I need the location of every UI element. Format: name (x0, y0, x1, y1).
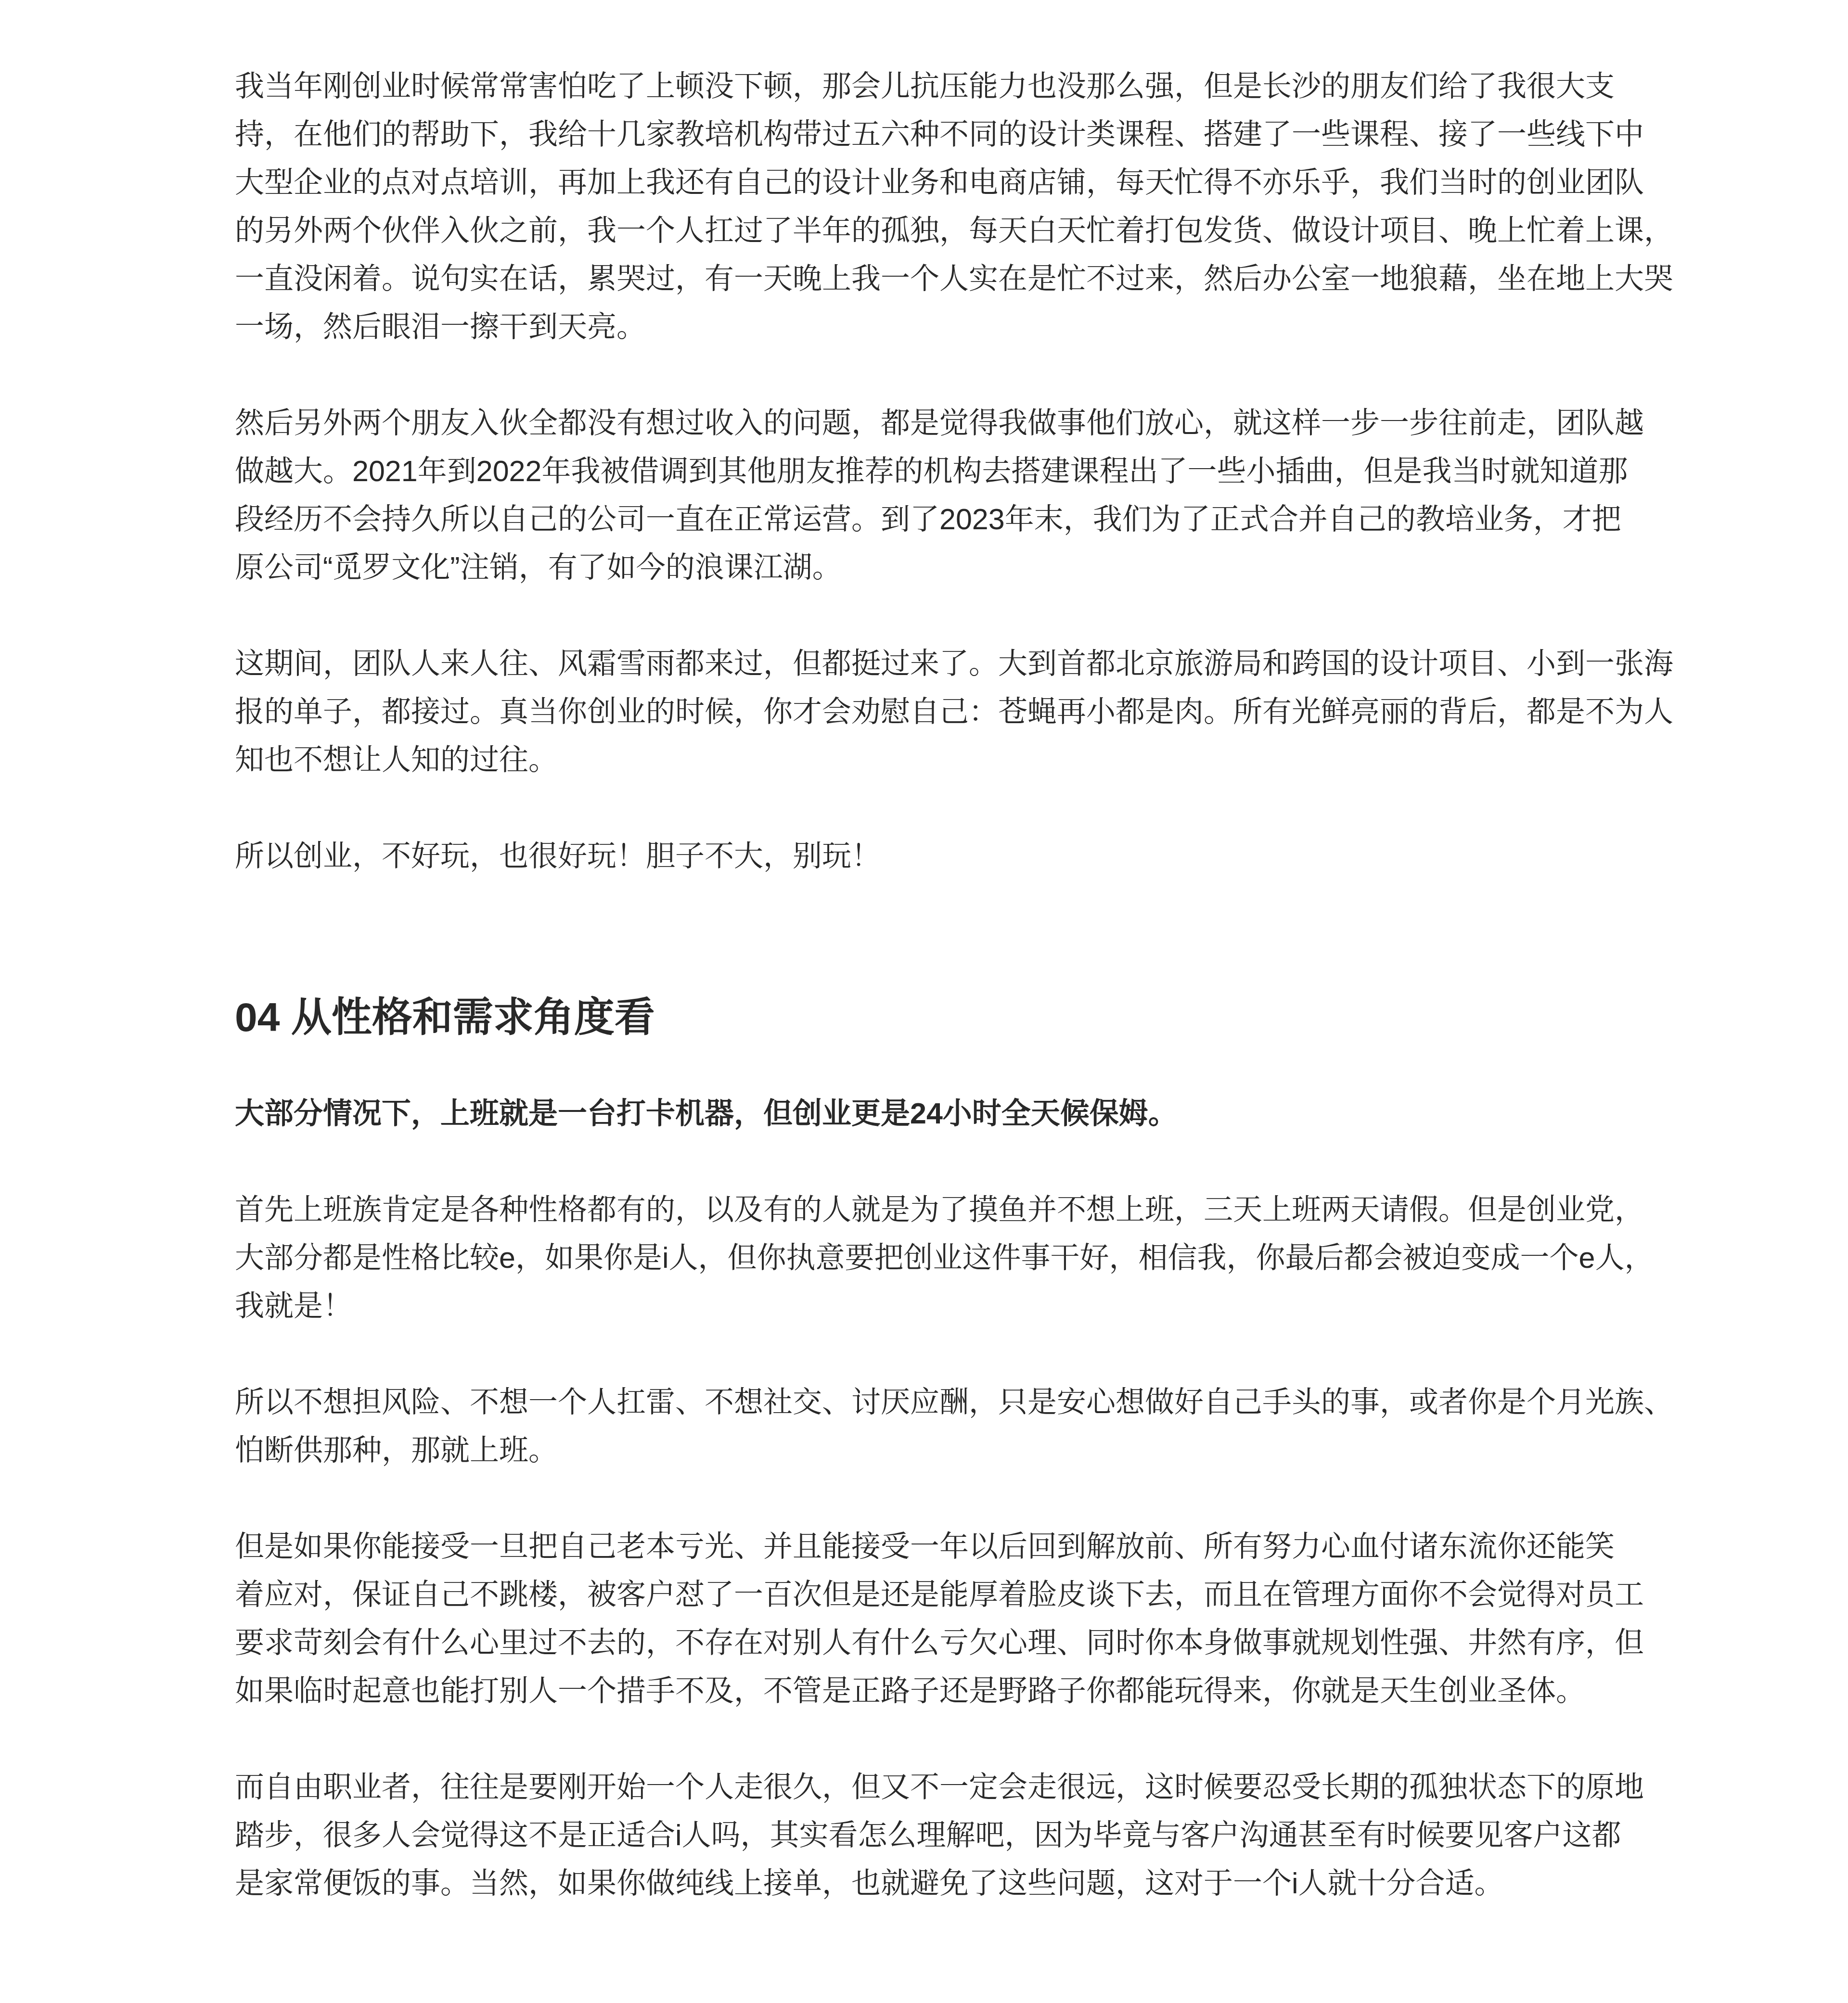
section-paragraph-2: 所以不想担风险、不想一个人扛雷、不想社交、讨厌应酬，只是安心想做好自己手头的事，… (235, 1378, 1622, 1474)
section-paragraph-3: 但是如果你能接受一旦把自己老本亏光、并且能接受一年以后回到解放前、所有努力心血付… (235, 1522, 1622, 1715)
section-paragraph-4: 而自由职业者，往往是要刚开始一个人走很久，但又不一定会走很远，这时候要忍受长期的… (235, 1763, 1622, 1907)
intro-paragraph-3: 这期间，团队人来人往、风霜雪雨都来过，但都挺过来了。大到首都北京旅游局和跨国的设… (235, 639, 1622, 784)
article-body: 我当年刚创业时候常常害怕吃了上顿没下顿，那会儿抗压能力也没那么强，但是长沙的朋友… (0, 0, 1848, 1907)
section-lead-sentence: 大部分情况下，上班就是一台打卡机器，但创业更是24小时全天候保姆。 (235, 1089, 1622, 1137)
intro-paragraph-1: 我当年刚创业时候常常害怕吃了上顿没下顿，那会儿抗压能力也没那么强，但是长沙的朋友… (235, 62, 1622, 351)
section-paragraph-1: 首先上班族肯定是各种性格都有的，以及有的人就是为了摸鱼并不想上班，三天上班两天请… (235, 1186, 1622, 1330)
intro-paragraph-2: 然后另外两个朋友入伙全都没有想过收入的问题，都是觉得我做事他们放心，就这样一步一… (235, 399, 1622, 591)
section-heading: 04 从性格和需求角度看 (235, 986, 1622, 1048)
article-page: 我当年刚创业时候常常害怕吃了上顿没下顿，那会儿抗压能力也没那么强，但是长沙的朋友… (0, 0, 1848, 2003)
intro-paragraph-4: 所以创业，不好玩，也很好玩！胆子不大，别玩！ (235, 832, 1622, 880)
